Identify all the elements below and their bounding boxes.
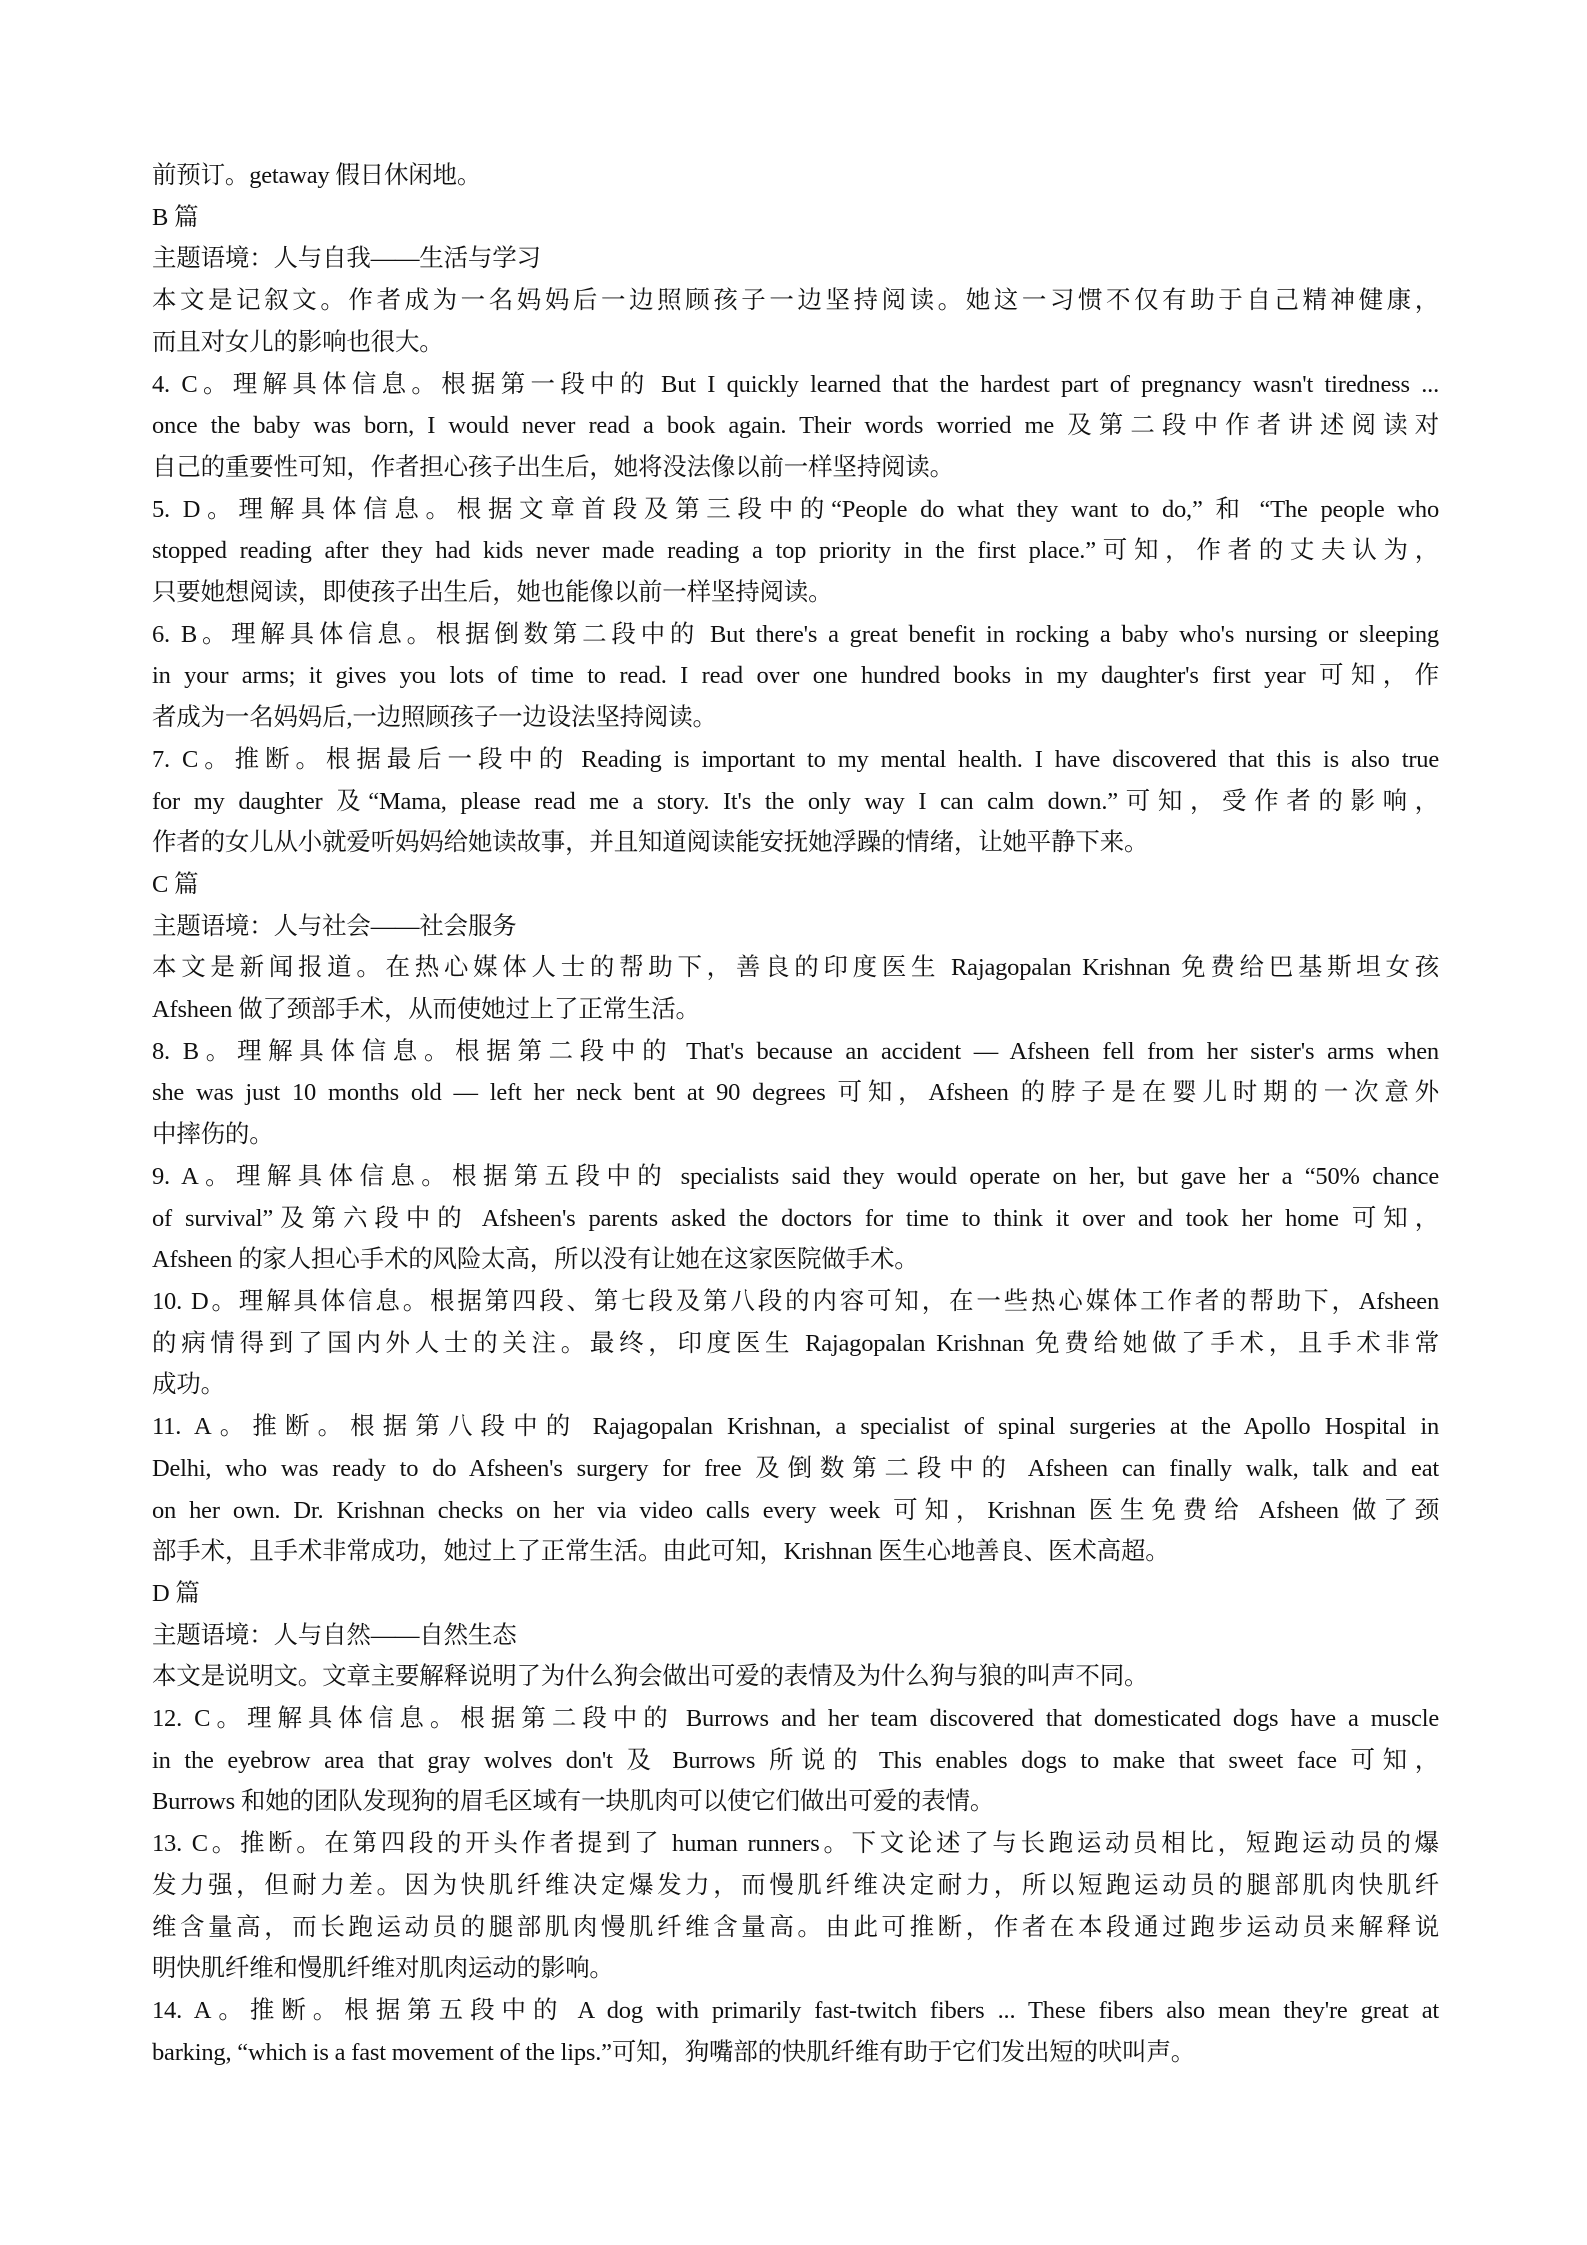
answer-8: 8. B。理解具体信息。根据第二段中的 That's because an ac… [152, 1031, 1439, 1156]
answer-6: 6. B。理解具体信息。根据倒数第二段中的 But there's a grea… [152, 614, 1439, 739]
theme-line: 主题语境：人与自然——自然生态 [152, 1615, 1439, 1657]
text-line: in your arms; it gives you lots of time … [152, 655, 1439, 697]
text-line: 11. A。推断。根据第八段中的 Rajagopalan Krishnan, a… [152, 1406, 1439, 1448]
text-line: 7. C。推断。根据最后一段中的 Reading is important to… [152, 739, 1439, 781]
para-continuation: 前预订。getaway 假日休闲地。 [152, 155, 1439, 197]
answer-14: 14. A。推断。根据第五段中的 A dog with primarily fa… [152, 1990, 1439, 2073]
text-line: Afsheen 的家人担心手术的风险太高，所以没有让她在这家医院做手术。 [152, 1239, 1439, 1281]
answer-11: 11. A。推断。根据第八段中的 Rajagopalan Krishnan, a… [152, 1406, 1439, 1573]
text-line: 8. B。理解具体信息。根据第二段中的 That's because an ac… [152, 1031, 1439, 1073]
section-heading-c: C 篇 [152, 864, 1439, 906]
text-line: 10. D。理解具体信息。根据第四段、第七段及第八段的内容可知，在一些热心媒体工… [152, 1281, 1439, 1323]
theme-d: 主题语境：人与自然——自然生态 [152, 1615, 1439, 1657]
text-line: Afsheen 做了颈部手术，从而使她过上了正常生活。 [152, 989, 1439, 1031]
text-line: 本文是新闻报道。在热心媒体人士的帮助下，善良的印度医生 Rajagopalan … [152, 947, 1439, 989]
text-line: 14. A。推断。根据第五段中的 A dog with primarily fa… [152, 1990, 1439, 2032]
text-line: 中摔伤的。 [152, 1114, 1439, 1156]
text-line: stopped reading after they had kids neve… [152, 530, 1439, 572]
section-heading: B 篇 [152, 197, 1439, 239]
section-heading-d: D 篇 [152, 1573, 1439, 1615]
text-line: 作者的女儿从小就爱听妈妈给她读故事，并且知道阅读能安抚她浮躁的情绪，让她平静下来… [152, 822, 1439, 864]
text-line: 明快肌纤维和慢肌纤维对肌肉运动的影响。 [152, 1948, 1439, 1990]
summary-c: 本文是新闻报道。在热心媒体人士的帮助下，善良的印度医生 Rajagopalan … [152, 947, 1439, 1030]
answer-13: 13. C。推断。在第四段的开头作者提到了 human runners。下文论述… [152, 1823, 1439, 1990]
section-heading: C 篇 [152, 864, 1439, 906]
text-line: 6. B。理解具体信息。根据倒数第二段中的 But there's a grea… [152, 614, 1439, 656]
text-line: 发力强，但耐力差。因为快肌纤维决定爆发力，而慢肌纤维决定耐力，所以短跑运动员的腿… [152, 1865, 1439, 1907]
text-line: 部手术，且手术非常成功，她过上了正常生活。由此可知，Krishnan 医生心地善… [152, 1531, 1439, 1573]
document-page: 前预订。getaway 假日休闲地。 B 篇 主题语境：人与自我——生活与学习 … [152, 155, 1439, 2073]
text-line: 而且对女儿的影响也很大。 [152, 322, 1439, 364]
text-line: 本文是说明文。文章主要解释说明了为什么狗会做出可爱的表情及为什么狗与狼的叫声不同… [152, 1656, 1439, 1698]
answer-5: 5. D。理解具体信息。根据文章首段及第三段中的“People do what … [152, 489, 1439, 614]
theme-line: 主题语境：人与社会——社会服务 [152, 906, 1439, 948]
section-heading-b: B 篇 [152, 197, 1439, 239]
text-line: 9. A。理解具体信息。根据第五段中的 specialists said the… [152, 1156, 1439, 1198]
answer-7: 7. C。推断。根据最后一段中的 Reading is important to… [152, 739, 1439, 864]
text-line: of survival”及第六段中的 Afsheen's parents ask… [152, 1198, 1439, 1240]
text-line: 本文是记叙文。作者成为一名妈妈后一边照顾孩子一边坚持阅读。她这一习惯不仅有助于自… [152, 280, 1439, 322]
text-line: Burrows 和她的团队发现狗的眉毛区域有一块肌肉可以使它们做出可爱的表情。 [152, 1781, 1439, 1823]
text-line: barking, “which is a fast movement of th… [152, 2032, 1439, 2074]
answer-10: 10. D。理解具体信息。根据第四段、第七段及第八段的内容可知，在一些热心媒体工… [152, 1281, 1439, 1406]
text-line: 成功。 [152, 1364, 1439, 1406]
text-line: 12. C。理解具体信息。根据第二段中的 Burrows and her tea… [152, 1698, 1439, 1740]
answer-4: 4. C。理解具体信息。根据第一段中的 But I quickly learne… [152, 364, 1439, 489]
text-line: 4. C。理解具体信息。根据第一段中的 But I quickly learne… [152, 364, 1439, 406]
text-line: 5. D。理解具体信息。根据文章首段及第三段中的“People do what … [152, 489, 1439, 531]
text-line: 13. C。推断。在第四段的开头作者提到了 human runners。下文论述… [152, 1823, 1439, 1865]
section-heading: D 篇 [152, 1573, 1439, 1615]
answer-12: 12. C。理解具体信息。根据第二段中的 Burrows and her tea… [152, 1698, 1439, 1823]
text-line: in the eyebrow area that gray wolves don… [152, 1740, 1439, 1782]
text-line: 前预订。getaway 假日休闲地。 [152, 155, 1439, 197]
theme-line: 主题语境：人与自我——生活与学习 [152, 238, 1439, 280]
text-line: 者成为一名妈妈后,一边照顾孩子一边设法坚持阅读。 [152, 697, 1439, 739]
text-line: on her own. Dr. Krishnan checks on her v… [152, 1490, 1439, 1532]
text-line: for my daughter 及“Mama, please read me a… [152, 781, 1439, 823]
text-line: she was just 10 months old — left her ne… [152, 1072, 1439, 1114]
text-line: once the baby was born, I would never re… [152, 405, 1439, 447]
answer-9: 9. A。理解具体信息。根据第五段中的 specialists said the… [152, 1156, 1439, 1281]
text-line: Delhi, who was ready to do Afsheen's sur… [152, 1448, 1439, 1490]
text-line: 自己的重要性可知，作者担心孩子出生后，她将没法像以前一样坚持阅读。 [152, 447, 1439, 489]
summary-b: 本文是记叙文。作者成为一名妈妈后一边照顾孩子一边坚持阅读。她这一习惯不仅有助于自… [152, 280, 1439, 363]
theme-b: 主题语境：人与自我——生活与学习 [152, 238, 1439, 280]
text-line: 的病情得到了国内外人士的关注。最终，印度医生 Rajagopalan Krish… [152, 1323, 1439, 1365]
summary-d: 本文是说明文。文章主要解释说明了为什么狗会做出可爱的表情及为什么狗与狼的叫声不同… [152, 1656, 1439, 1698]
text-line: 维含量高，而长跑运动员的腿部肌肉慢肌纤维含量高。由此可推断，作者在本段通过跑步运… [152, 1907, 1439, 1949]
text-line: 只要她想阅读，即使孩子出生后，她也能像以前一样坚持阅读。 [152, 572, 1439, 614]
theme-c: 主题语境：人与社会——社会服务 [152, 906, 1439, 948]
